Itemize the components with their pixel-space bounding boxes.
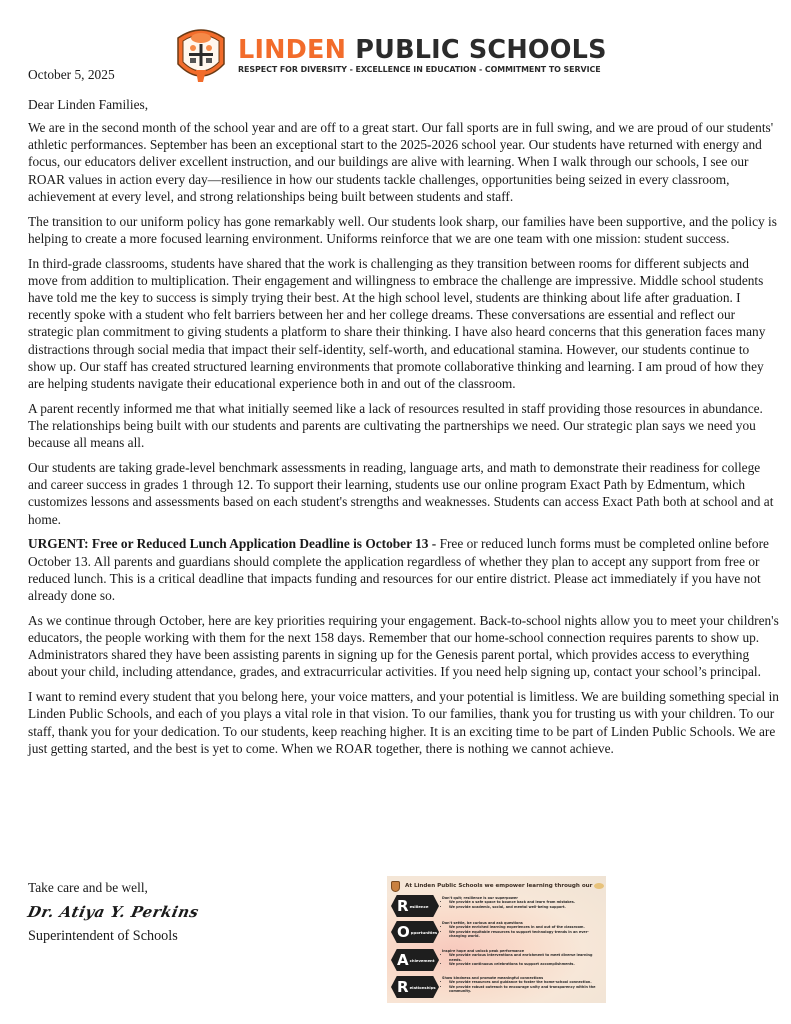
roar-headline: At Linden Public Schools we empower lear… xyxy=(405,883,592,889)
district-tagline: RESPECT FOR DIVERSITY - EXCELLENCE IN ED… xyxy=(238,65,607,74)
hexagon-badge-icon: A chievement xyxy=(391,949,439,971)
letter-date: October 5, 2025 xyxy=(28,67,115,83)
hexagon-badge-icon: O pportunities xyxy=(391,921,439,943)
hexagon-badge-icon: R elationships xyxy=(391,976,439,998)
paragraph-urgent: URGENT: Free or Reduced Lunch Applicatio… xyxy=(28,535,780,604)
paragraph-resources: A parent recently informed me that what … xyxy=(28,400,780,452)
letter-greeting: Dear Linden Families, xyxy=(28,97,148,113)
signer-title: Superintendent of Schools xyxy=(28,928,178,945)
school-crest-icon xyxy=(391,881,400,892)
paragraph-closing-message: I want to remind every student that you … xyxy=(28,688,780,757)
roar-header: At Linden Public Schools we empower lear… xyxy=(391,879,603,893)
district-name-public-schools: PUBLIC SCHOOLS xyxy=(355,35,606,65)
district-crest-icon xyxy=(170,24,232,86)
paragraph-intro: We are in the second month of the school… xyxy=(28,119,780,205)
hexagon-badge-icon: R esilience xyxy=(391,895,439,917)
signature: Dr. Atiya Y. Perkins xyxy=(26,903,200,921)
district-name: LINDEN PUBLIC SCHOOLS xyxy=(238,36,607,64)
letter-body: We are in the second month of the school… xyxy=(28,119,780,765)
urgent-heading: URGENT: Free or Reduced Lunch Applicatio… xyxy=(28,536,440,551)
roar-values-graphic: At Linden Public Schools we empower lear… xyxy=(387,876,606,1003)
paragraph-classrooms: In third-grade classrooms, students have… xyxy=(28,255,780,393)
paragraph-priorities: As we continue through October, here are… xyxy=(28,612,780,681)
paw-icon xyxy=(594,883,604,889)
paragraph-assessments: Our students are taking grade-level benc… xyxy=(28,459,780,528)
district-name-linden: LINDEN xyxy=(238,35,346,65)
letter-closing: Take care and be well, xyxy=(28,880,148,896)
paragraph-uniform: The transition to our uniform policy has… xyxy=(28,213,780,247)
district-logo: LINDEN PUBLIC SCHOOLS RESPECT FOR DIVERS… xyxy=(170,24,595,86)
